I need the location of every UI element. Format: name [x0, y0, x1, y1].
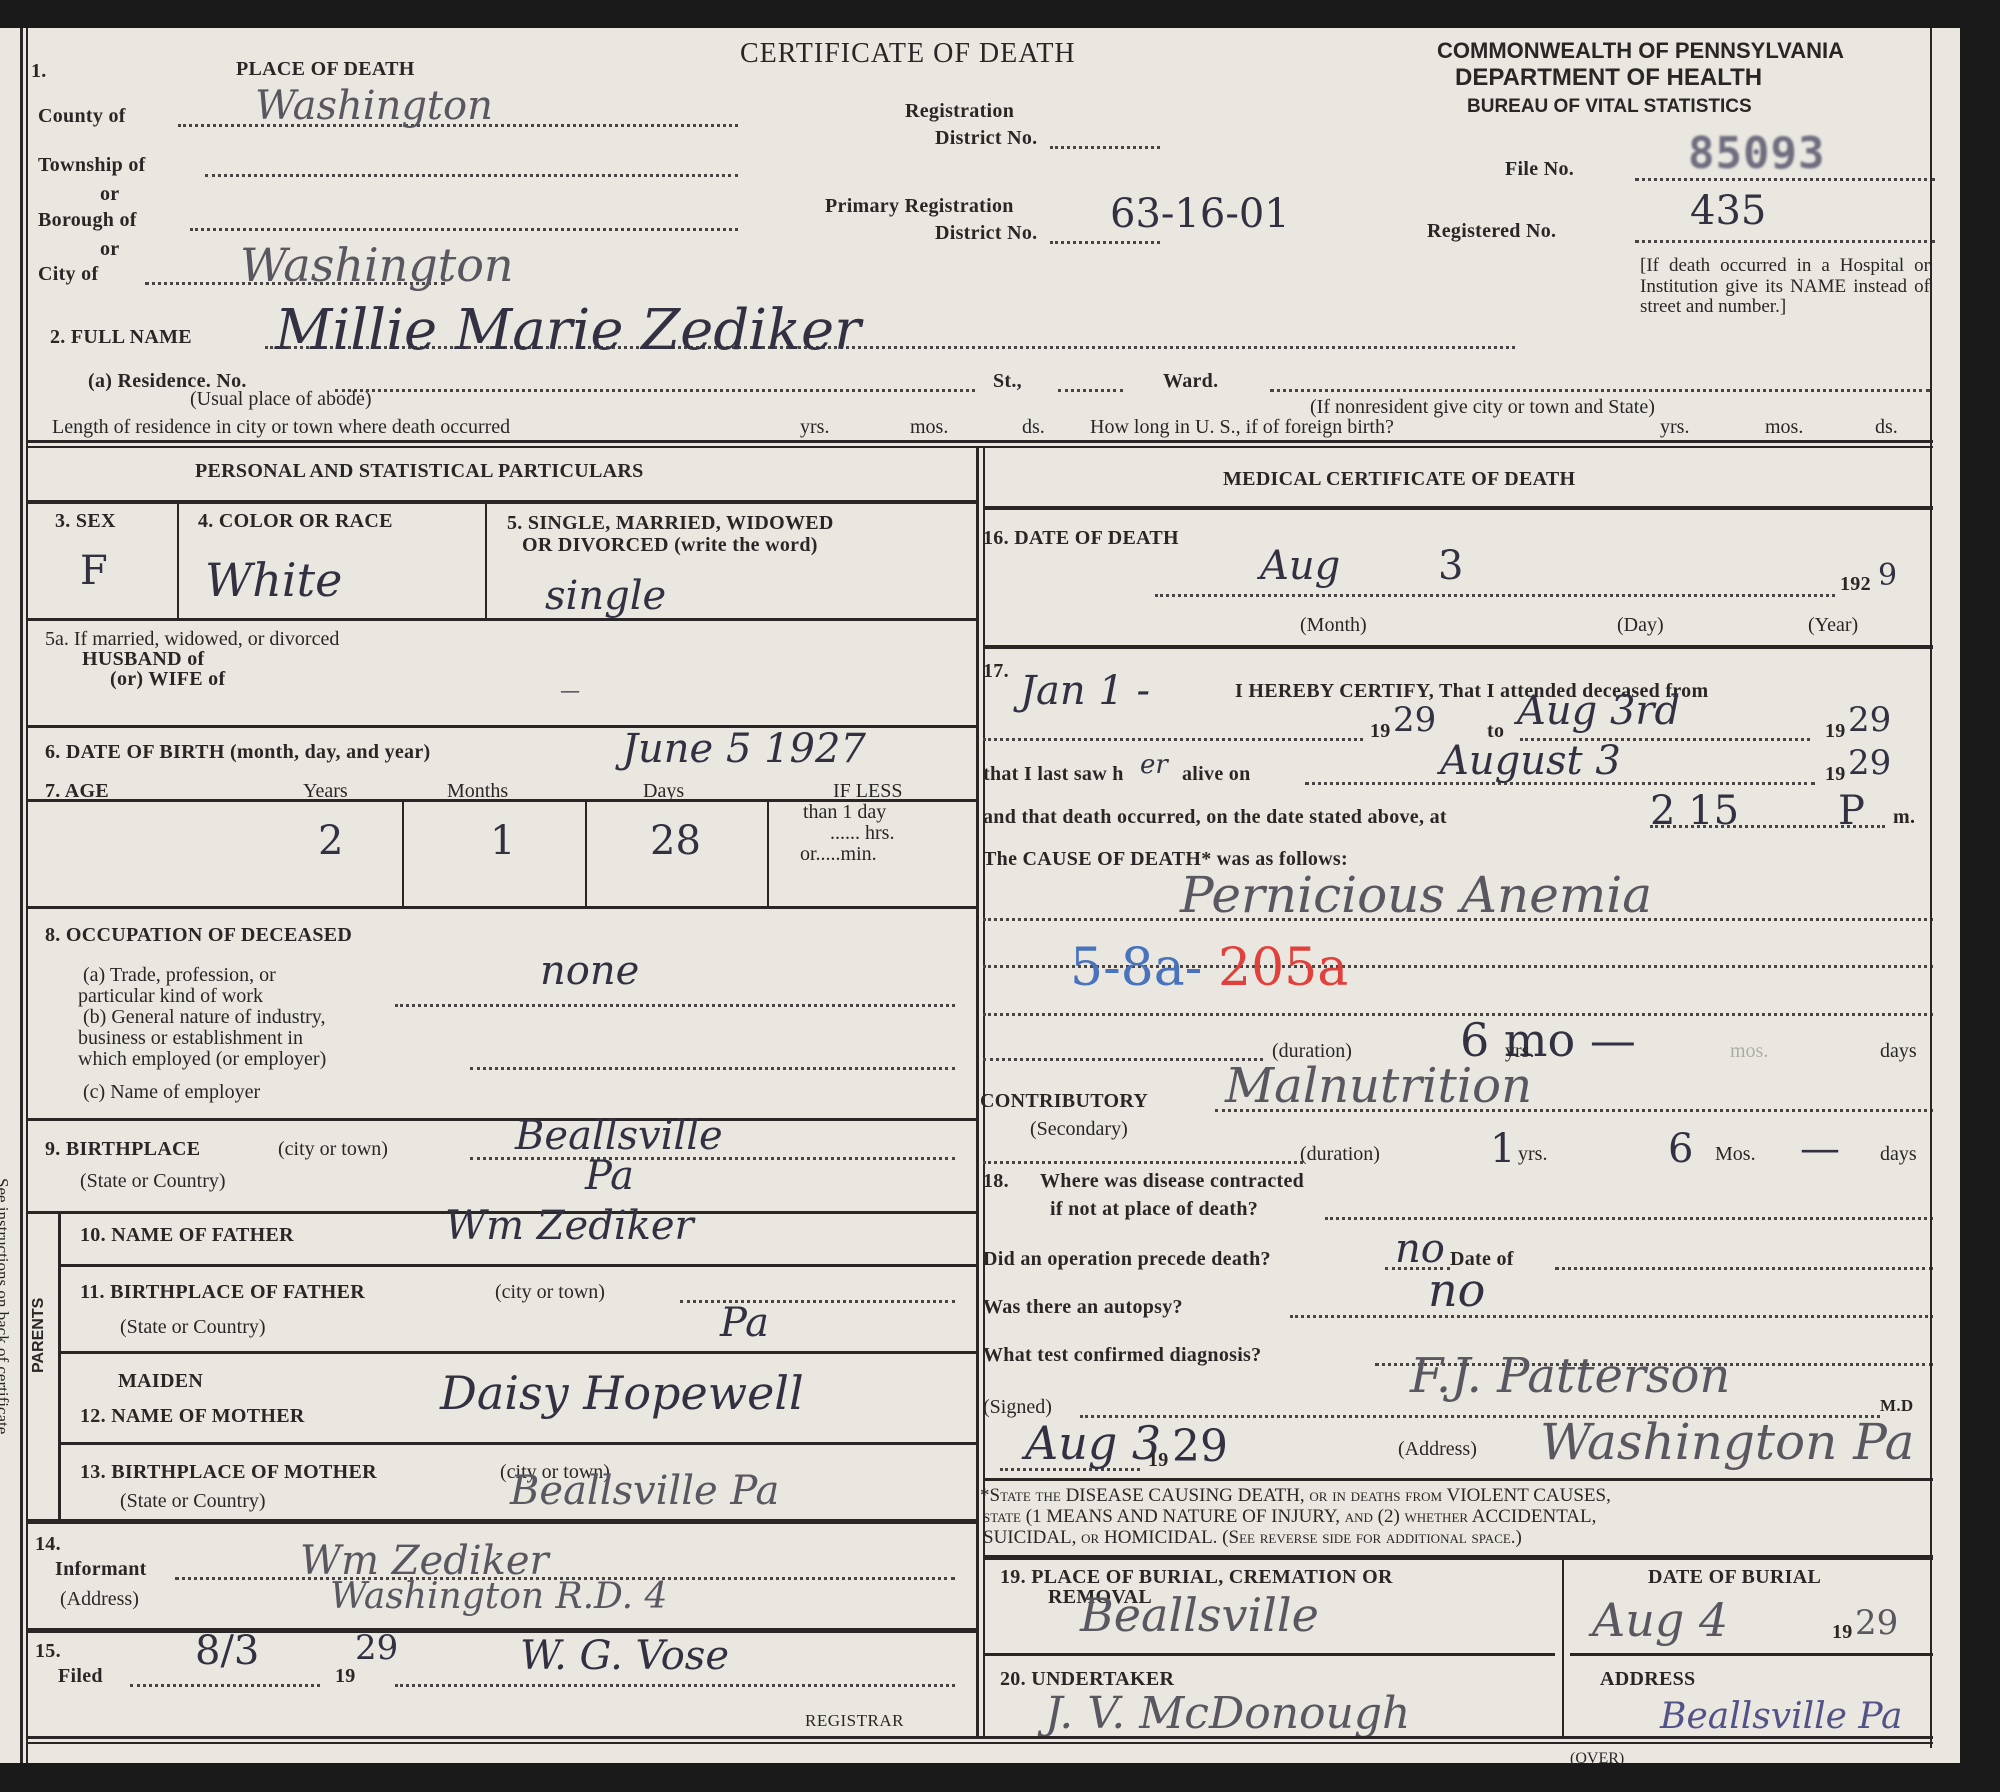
occupation-a-value[interactable]: none — [540, 948, 639, 994]
mother-name-label: 12. NAME OF MOTHER — [80, 1405, 305, 1428]
contrib-days-value[interactable]: — — [1800, 1126, 1840, 1172]
father-state-value[interactable]: Pa — [720, 1300, 769, 1346]
footnote-line-1: *State the DISEASE CAUSING DEATH, or in … — [980, 1485, 1611, 1507]
filed-label: Filed — [58, 1665, 103, 1688]
dob-value[interactable]: June 5 1927 — [622, 726, 866, 772]
primary-registration-label: Primary Registration — [825, 195, 1014, 218]
divider — [767, 802, 769, 907]
signed-year-prefix: 19 — [1148, 1449, 1169, 1472]
burial-year-prefix: 19 — [1832, 1621, 1853, 1644]
primary-registration-district-label: District No. — [935, 222, 1037, 245]
burial-divider — [1562, 1560, 1564, 1736]
cause-line-3 — [983, 1013, 1933, 1016]
bottom-border-inner — [28, 1742, 1933, 1744]
cause-of-death-value[interactable]: Pernicious Anemia — [1180, 866, 1652, 924]
divider — [28, 1118, 976, 1121]
sex-label: 3. SEX — [55, 510, 116, 533]
cause-code-blue: 5-8a- — [1070, 938, 1202, 998]
minutes-field[interactable]: or.....min. — [800, 843, 877, 866]
or-label: or — [100, 238, 119, 261]
footnote-line-3: SUICIDAL, or HOMICIDAL. (See reverse sid… — [983, 1527, 1522, 1549]
right-border — [1930, 28, 1932, 1748]
disease-contracted-field[interactable] — [1325, 1217, 1933, 1220]
section-divider — [28, 446, 1933, 448]
medical-heading: MEDICAL CERTIFICATE OF DEATH — [1223, 468, 1575, 491]
city-label: City of — [38, 263, 98, 286]
last-saw-date[interactable]: August 3 — [1440, 738, 1621, 784]
divider — [28, 906, 976, 909]
agency-line-1: COMMONWEALTH OF PENNSYLVANIA — [1437, 38, 1844, 64]
from-year-prefix: 19 — [1370, 720, 1391, 743]
operation-label: Did an operation precede death? — [983, 1248, 1271, 1271]
signed-year-value[interactable]: 29 — [1172, 1421, 1228, 1472]
disease-contracted-sub: if not at place of death? — [1050, 1198, 1258, 1221]
divider — [28, 500, 976, 504]
date-of-death-year[interactable]: 9 — [1878, 558, 1897, 593]
last-saw-label: that I last saw h — [983, 763, 1124, 786]
yrs-label: yrs. — [800, 416, 829, 439]
burial-place-value[interactable]: Beallsville — [1080, 1588, 1319, 1642]
last-saw-year-prefix: 19 — [1825, 763, 1846, 786]
footnote-line-2: state (1 MEANS AND NATURE OF INJURY, and… — [983, 1506, 1596, 1528]
employer-label: (c) Name of employer — [83, 1081, 260, 1104]
foreign-mos-label: mos. — [1765, 416, 1803, 439]
marital-status-sub: OR DIVORCED (write the word) — [522, 534, 818, 557]
year-label: (Year) — [1808, 614, 1858, 637]
birthplace-label: 9. BIRTHPLACE — [45, 1138, 200, 1161]
residence-sub-label: (Usual place of abode) — [190, 388, 372, 411]
filed-year-value[interactable]: 29 — [355, 1628, 398, 1668]
age-months-label: Months — [447, 780, 508, 803]
filed-date-field-line — [130, 1684, 320, 1687]
contrib-mos-value[interactable]: 6 — [1668, 1126, 1693, 1172]
length-of-residence-label: Length of residence in city or town wher… — [52, 416, 510, 439]
mos-label: mos. — [910, 416, 948, 439]
contrib-yrs-label: yrs. — [1518, 1143, 1547, 1166]
occupation-b-field[interactable] — [470, 1067, 955, 1070]
death-certificate-page: See instructions on back of certificate.… — [0, 28, 1960, 1763]
duration-field-line — [983, 1058, 1263, 1061]
race-value[interactable]: White — [205, 553, 342, 607]
over-label: (OVER) — [1570, 1750, 1624, 1768]
age-months-value[interactable]: 1 — [490, 818, 515, 864]
date-of-death-day[interactable]: 3 — [1438, 543, 1463, 589]
autopsy-field-line — [1290, 1315, 1933, 1318]
undertaker-address-value[interactable]: Beallsville Pa — [1660, 1696, 1902, 1737]
ward-field[interactable] — [1270, 389, 1930, 392]
file-no-stamp: 85093 — [1688, 128, 1825, 179]
age-days-label: Days — [643, 780, 684, 803]
occupation-a-sub: particular kind of work — [78, 985, 263, 1008]
birthplace-state-label: (State or Country) — [80, 1170, 226, 1193]
registrar-signature[interactable]: W. G. Vose — [520, 1633, 729, 1679]
age-years-value[interactable]: 2 — [318, 818, 343, 864]
burial-year-value[interactable]: 29 — [1855, 1603, 1898, 1643]
primary-registration-value[interactable]: 63-16-01 — [1110, 191, 1290, 237]
operation-date-field[interactable] — [1555, 1267, 1933, 1270]
to-year-value[interactable]: 29 — [1848, 700, 1891, 740]
divider — [485, 504, 487, 618]
certificate-title: CERTIFICATE OF DEATH — [740, 38, 1076, 70]
foreign-ds-label: ds. — [1875, 416, 1898, 439]
personal-heading: PERSONAL AND STATISTICAL PARTICULARS — [195, 460, 644, 483]
mother-state-label: (State or Country) — [120, 1490, 266, 1513]
registration-label: Registration — [905, 100, 1014, 123]
less-than-label: IF LESS — [833, 780, 902, 803]
marital-status-label: 5. SINGLE, MARRIED, WIDOWED — [507, 512, 834, 535]
registered-no-field-line — [1635, 240, 1935, 243]
side-instructions-note: See instructions on back of certificate. — [0, 1178, 12, 1439]
disease-contracted-label: Where was disease contracted — [1040, 1170, 1304, 1193]
divider — [985, 1555, 1933, 1560]
occupation-b-sub2: which employed (or employer) — [78, 1048, 326, 1071]
filed-date-value[interactable]: 8/3 — [195, 1628, 259, 1674]
county-label: County of — [38, 105, 126, 128]
borough-label: Borough of — [38, 209, 137, 232]
signed-date-value[interactable]: Aug 3 — [1025, 1416, 1161, 1470]
marital-status-value[interactable]: single — [545, 573, 666, 619]
mother-name-value[interactable]: Daisy Hopewell — [440, 1366, 804, 1420]
divider — [585, 802, 587, 907]
age-years-label: Years — [303, 780, 348, 803]
section-divider — [28, 440, 1933, 443]
autopsy-label: Was there an autopsy? — [983, 1296, 1183, 1319]
month-label: (Month) — [1300, 614, 1367, 637]
contrib-mos-label: Mos. — [1715, 1143, 1756, 1166]
physician-address-value[interactable]: Washington Pa — [1540, 1413, 1914, 1471]
informant-address-value[interactable]: Washington R.D. 4 — [330, 1576, 667, 1617]
divider — [61, 1351, 976, 1354]
occupation-a-field-line — [395, 1004, 955, 1007]
date-of-death-month[interactable]: Aug — [1260, 543, 1340, 589]
divider — [985, 1478, 1933, 1481]
less-than-day-label: than 1 day — [803, 801, 886, 824]
date-of-death-label: 16. DATE OF DEATH — [983, 527, 1179, 550]
divider — [985, 506, 1933, 510]
registered-no-label: Registered No. — [1427, 220, 1556, 243]
st-field[interactable] — [1058, 389, 1123, 392]
registered-no-value[interactable]: 435 — [1690, 188, 1766, 234]
cause-line-1 — [983, 918, 1933, 921]
last-saw-year[interactable]: 29 — [1848, 743, 1891, 783]
registrar-label: REGISTRAR — [805, 1711, 904, 1731]
center-divider — [976, 446, 979, 1736]
test-confirmed-label: What test confirmed diagnosis? — [983, 1344, 1261, 1367]
time-of-death-label: and that death occurred, on the date sta… — [983, 806, 1447, 829]
parents-divider — [58, 1214, 61, 1519]
occupation-b-sub: business or establishment in — [78, 1027, 303, 1050]
hospital-note: [If death occurred in a Hospital or Inst… — [1640, 256, 1930, 318]
date-of-death-year-prefix: 192 — [1840, 573, 1871, 596]
undertaker-address-label: ADDRESS — [1600, 1668, 1695, 1691]
divider — [28, 1628, 976, 1633]
bottom-border — [28, 1736, 1933, 1739]
place-of-death-heading: PLACE OF DEATH — [236, 58, 415, 81]
contributory-value[interactable]: Malnutrition — [1225, 1058, 1532, 1114]
duration-days-label: days — [1880, 1040, 1917, 1063]
wife-label: (or) WIFE of — [110, 668, 225, 691]
item-number-17: 17. — [983, 660, 1009, 683]
physician-address-label: (Address) — [1398, 1438, 1477, 1461]
time-of-death-value[interactable]: 2 15 — [1650, 788, 1739, 834]
race-label: 4. COLOR OR RACE — [198, 510, 393, 533]
divider — [985, 1653, 1555, 1656]
registration-district-label: District No. — [935, 127, 1037, 150]
file-no-label: File No. — [1505, 158, 1574, 181]
cause-code-red: 205a — [1218, 938, 1348, 998]
to-year-prefix: 19 — [1825, 720, 1846, 743]
township-label: Township of — [38, 154, 146, 177]
left-border-inner — [26, 28, 28, 1763]
birthplace-state-value[interactable]: Pa — [585, 1153, 634, 1199]
from-year-value[interactable]: 29 — [1393, 700, 1436, 740]
full-name-value[interactable]: Millie Marie Zediker — [275, 298, 861, 363]
am-pm-value[interactable]: P — [1838, 788, 1865, 834]
day-label: (Day) — [1617, 614, 1664, 637]
contrib-duration-label: (duration) — [1300, 1143, 1380, 1166]
father-state-label: (State or Country) — [120, 1316, 266, 1339]
divider — [61, 1264, 976, 1267]
mother-birthplace-value[interactable]: Beallsville Pa — [510, 1468, 779, 1514]
foreign-yrs-label: yrs. — [1660, 416, 1689, 439]
left-border — [20, 28, 23, 1763]
father-name-label: 10. NAME OF FATHER — [80, 1224, 294, 1247]
father-birthplace-sub: (city or town) — [495, 1281, 605, 1304]
borough-field-line[interactable] — [190, 228, 738, 231]
divider — [28, 1519, 976, 1524]
foreign-birth-label: How long in U. S., if of foreign birth? — [1090, 416, 1394, 439]
divider — [177, 504, 179, 618]
occupation-b-label: (b) General nature of industry, — [83, 1006, 326, 1029]
burial-date-value[interactable]: Aug 4 — [1592, 1593, 1728, 1647]
primary-district-field-line — [1050, 241, 1160, 244]
agency-line-3: BUREAU OF VITAL STATISTICS — [1467, 96, 1752, 118]
divider — [402, 802, 404, 907]
full-name-label: 2. FULL NAME — [50, 326, 192, 349]
contrib-duration-field-line — [983, 1161, 1303, 1164]
physician-signature[interactable]: F.J. Patterson — [1410, 1348, 1730, 1404]
informant-label: Informant — [55, 1558, 147, 1581]
contrib-yrs-value[interactable]: 1 — [1490, 1126, 1515, 1172]
father-birthplace-label: 11. BIRTHPLACE OF FATHER — [80, 1281, 365, 1304]
registration-district-field[interactable] — [1050, 146, 1160, 149]
age-label: 7. AGE — [45, 780, 109, 803]
or-label: or — [100, 183, 119, 206]
contributory-sub: (Secondary) — [1030, 1118, 1128, 1141]
item-number-14: 14. — [35, 1533, 61, 1556]
divider — [985, 645, 1933, 649]
m-label: m. — [1893, 806, 1915, 829]
hours-field[interactable]: ...... hrs. — [830, 822, 894, 845]
attended-from-value[interactable]: Jan 1 - — [1020, 668, 1150, 714]
agency-line-2: DEPARTMENT OF HEALTH — [1455, 64, 1762, 92]
contrib-days-label: days — [1880, 1143, 1917, 1166]
ward-label: Ward. — [1163, 370, 1218, 393]
county-value[interactable]: Washington — [255, 83, 493, 129]
last-saw-pronoun[interactable]: er — [1140, 750, 1168, 780]
occupation-a-label: (a) Trade, profession, or — [83, 964, 276, 987]
divider — [61, 1442, 976, 1445]
occupation-label: 8. OCCUPATION OF DECEASED — [45, 924, 352, 947]
registrar-field-line — [395, 1684, 955, 1687]
alive-on-label: alive on — [1182, 763, 1251, 786]
spouse-value[interactable]: — — [560, 678, 580, 702]
dob-label: 6. DATE OF BIRTH (month, day, and year) — [45, 741, 430, 764]
informant-address-label: (Address) — [60, 1588, 139, 1611]
father-name-value[interactable]: Wm Zediker — [445, 1203, 694, 1249]
undertaker-value[interactable]: J. V. McDonough — [1045, 1688, 1410, 1739]
township-field-line[interactable] — [205, 174, 738, 177]
residence-field[interactable] — [335, 389, 975, 392]
age-days-value[interactable]: 28 — [650, 818, 701, 864]
st-label: St., — [993, 370, 1022, 393]
burial-date-label: DATE OF BURIAL — [1648, 1566, 1821, 1589]
parents-side-label: PARENTS — [30, 1298, 48, 1373]
city-value[interactable]: Washington — [240, 238, 514, 292]
filed-year-prefix: 19 — [335, 1665, 356, 1688]
ds-label: ds. — [1022, 416, 1045, 439]
date-of-death-field-line — [1155, 594, 1835, 597]
birthplace-sub: (city or town) — [278, 1138, 388, 1161]
duration-mos-label: mos. — [1730, 1040, 1768, 1063]
divider — [1570, 1653, 1933, 1656]
item-number-1: 1. — [31, 60, 47, 83]
contributory-label: CONTRIBUTORY — [980, 1090, 1148, 1113]
item-number-18: 18. — [983, 1170, 1009, 1193]
attended-from-field-line — [983, 738, 1363, 741]
divider — [28, 618, 976, 621]
autopsy-value[interactable]: no — [1428, 1263, 1485, 1317]
mother-birthplace-label: 13. BIRTHPLACE OF MOTHER — [80, 1461, 377, 1484]
maiden-label: MAIDEN — [118, 1370, 203, 1393]
item-number-15: 15. — [35, 1640, 61, 1663]
attended-to-value[interactable]: Aug 3rd — [1517, 688, 1680, 734]
sex-value[interactable]: F — [80, 548, 108, 594]
